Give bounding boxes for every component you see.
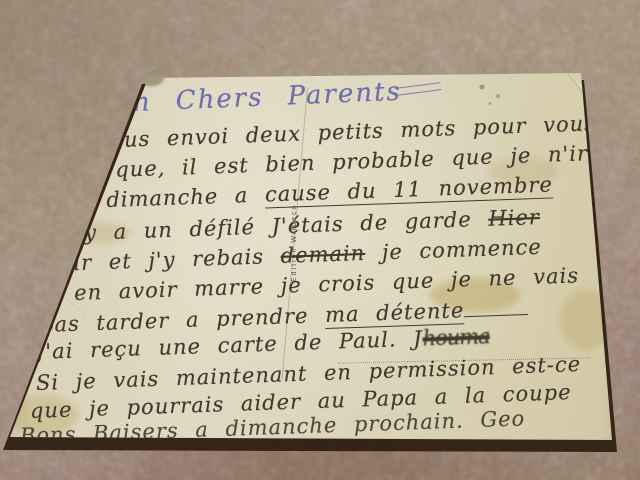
underline-extension	[464, 293, 529, 317]
ink-specks	[470, 78, 510, 108]
scribbled-out-word: houma	[422, 324, 490, 350]
ink-flourish	[395, 82, 442, 96]
struck-text: demain	[280, 241, 365, 268]
underlined-text: ma détente	[325, 298, 465, 329]
publisher-imprint: Edition Wilbeco	[291, 196, 298, 282]
postcard-photo: Edition Wilbeco Bien Chers Parents Je vo…	[0, 0, 640, 480]
struck-text: Hier	[488, 205, 540, 231]
